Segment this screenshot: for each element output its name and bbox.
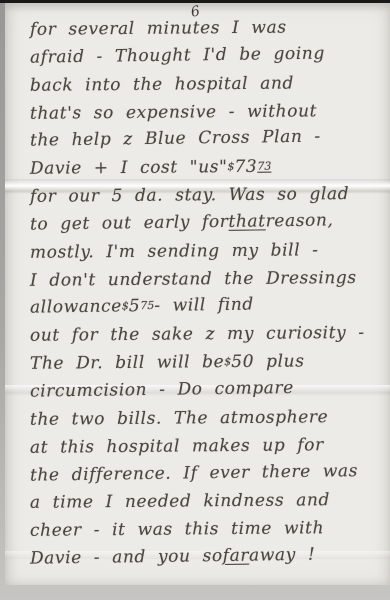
letter-line: back into the hospital and <box>5 68 390 99</box>
letter-line-segment: 73 <box>257 160 271 173</box>
letter-line-segment: 50 plus <box>231 351 304 372</box>
letter-line-segment: the difference. If ever there was <box>30 460 358 485</box>
letter-line: afraid - Thought I'd be going <box>5 38 390 71</box>
letter-line-segment: reason, <box>265 210 333 231</box>
letter-line: mostly. I'm sending my bill - <box>5 235 390 266</box>
letter-line-segment: mostly. I'm sending my bill - <box>30 240 319 263</box>
letter-line-segment: a time I needed kindness and <box>30 490 330 513</box>
letter-line-segment: out for the sake z my curiosity - <box>30 323 365 346</box>
letter-line: allowance $575 - will find <box>5 289 390 322</box>
letter-line-segment: 5 <box>129 296 141 316</box>
letter-line-segment: - will find <box>154 295 254 316</box>
letter-line-segment: I don't understand the Dressings <box>30 267 357 290</box>
letter-line-segment: to get out early for <box>30 212 229 235</box>
letter-line-segment: for our 5 da. stay. Was so glad <box>30 184 349 207</box>
letter-line-segment: allowance <box>30 297 122 318</box>
letter-line: to get out early for that reason, <box>5 206 390 239</box>
letter-line-segment: The Dr. bill will be <box>30 352 224 374</box>
letter-line: the help z Blue Cross Plan - <box>5 122 390 155</box>
scanned-letter-page: 6 for several minutes I wasafraid - Thou… <box>0 0 390 600</box>
letter-paper: 6 for several minutes I wasafraid - Thou… <box>5 3 390 585</box>
letter-line: Davie + I cost "us" $73 73 <box>5 152 390 183</box>
letter-line-segment: for several minutes I was <box>30 17 287 39</box>
letter-line-segment: at this hospital makes up for <box>30 435 324 458</box>
letter-line-segment: 73 <box>234 157 257 177</box>
letter-line: a time I needed kindness and <box>5 486 390 517</box>
letter-line-segment: the help z Blue Cross Plan - <box>30 127 321 151</box>
letter-line-segment: Davie + I cost "us" <box>30 157 228 179</box>
letter-line-segment: afraid - Thought I'd be going <box>30 43 325 67</box>
letter-line: out for the sake z my curiosity - <box>5 319 390 350</box>
letter-line-segment: cheer - it was this time with <box>30 518 324 541</box>
letter-line-segment: far <box>223 546 250 566</box>
letter-line: the difference. If ever there was <box>5 456 390 489</box>
letter-line-segment: that <box>228 211 265 232</box>
letter-line: circumcision - Do compare <box>5 373 390 406</box>
letter-line-segment: back into the hospital and <box>30 73 294 95</box>
letter-line-segment: 75 <box>140 300 154 313</box>
letter-line-segment: away ! <box>249 545 316 566</box>
letter-line-segment: Davie - and you so <box>30 546 223 569</box>
letter-line-segment: the two bills. The atmosphere <box>30 407 328 430</box>
letter-line: the two bills. The atmosphere <box>5 402 390 433</box>
letter-lines: for several minutes I wasafraid - Though… <box>5 16 390 573</box>
letter-line-segment: that's so expensive - without <box>30 101 317 124</box>
letter-line: Davie - and you so far away ! <box>5 540 390 573</box>
letter-line-segment: circumcision - Do compare <box>30 378 294 402</box>
